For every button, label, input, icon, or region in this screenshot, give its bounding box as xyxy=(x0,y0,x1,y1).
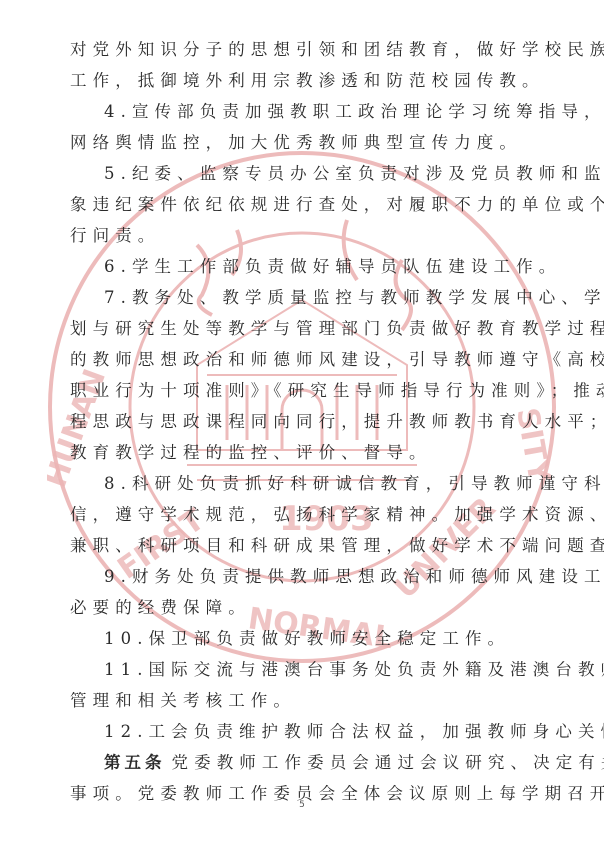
text-line: 教育教学过程的监控、评价、督导。 xyxy=(70,437,536,468)
list-item-4: 4.宣传部负责加强教职工政治理论学习统筹指导，加强 xyxy=(70,96,536,127)
list-item-5: 5.纪委、监察专员办公室负责对涉及党员教师和监察对 xyxy=(70,158,536,189)
text-line: 程思政与思政课程同向同行，提升教师教书育人水平；健全 xyxy=(70,406,536,437)
text-line: 信，遵守学术规范，弘扬科学家精神。加强学术资源、学术 xyxy=(70,499,536,530)
list-item-10: 10.保卫部负责做好教师安全稳定工作。 xyxy=(70,623,536,654)
list-item-8: 8.科研处负责抓好科研诚信教育，引导教师谨守科研诚 xyxy=(70,468,536,499)
text-line: 的教师思想政治和师德师风建设，引导教师遵守《高校教师 xyxy=(70,344,536,375)
text-line: 对党外知识分子的思想引领和团结教育，做好学校民族宗教 xyxy=(70,34,536,65)
text-line: 象违纪案件依纪依规进行查处，对履职不力的单位或个人进 xyxy=(70,189,536,220)
text-line: 兼职、科研项目和科研成果管理，做好学术不端问题查处。 xyxy=(70,530,536,561)
text-line: 行问责。 xyxy=(70,220,536,251)
text-line: 必要的经费保障。 xyxy=(70,592,536,623)
list-item-7: 7.教务处、教学质量监控与教师教学发展中心、学科规 xyxy=(70,282,536,313)
list-item-6: 6.学生工作部负责做好辅导员队伍建设工作。 xyxy=(70,251,536,282)
text-line: 网络舆情监控，加大优秀教师典型宣传力度。 xyxy=(70,127,536,158)
document-body: 对党外知识分子的思想引领和团结教育，做好学校民族宗教 工作，抵御境外利用宗教渗透… xyxy=(70,34,536,809)
page-number: 5 xyxy=(0,800,604,810)
article-heading: 第五条 xyxy=(104,753,166,772)
list-item-11: 11.国际交流与港澳台事务处负责外籍及港澳台教师的 xyxy=(70,654,536,685)
text-line: 工作，抵御境外利用宗教渗透和防范校园传教。 xyxy=(70,65,536,96)
text-line: 划与研究生处等教学与管理部门负责做好教育教学过程中 xyxy=(70,313,536,344)
article-5: 第五条党委教师工作委员会通过会议研究、决定有关 xyxy=(70,747,536,778)
article-text: 党委教师工作委员会通过会议研究、决定有关 xyxy=(172,753,604,772)
text-line: 职业行为十项准则》《研究生导师指导行为准则》；推动课 xyxy=(70,375,536,406)
list-item-9: 9.财务处负责提供教师思想政治和师德师风建设工作 xyxy=(70,561,536,592)
text-line: 管理和相关考核工作。 xyxy=(70,685,536,716)
list-item-12: 12.工会负责维护教师合法权益，加强教师身心关怀。 xyxy=(70,716,536,747)
